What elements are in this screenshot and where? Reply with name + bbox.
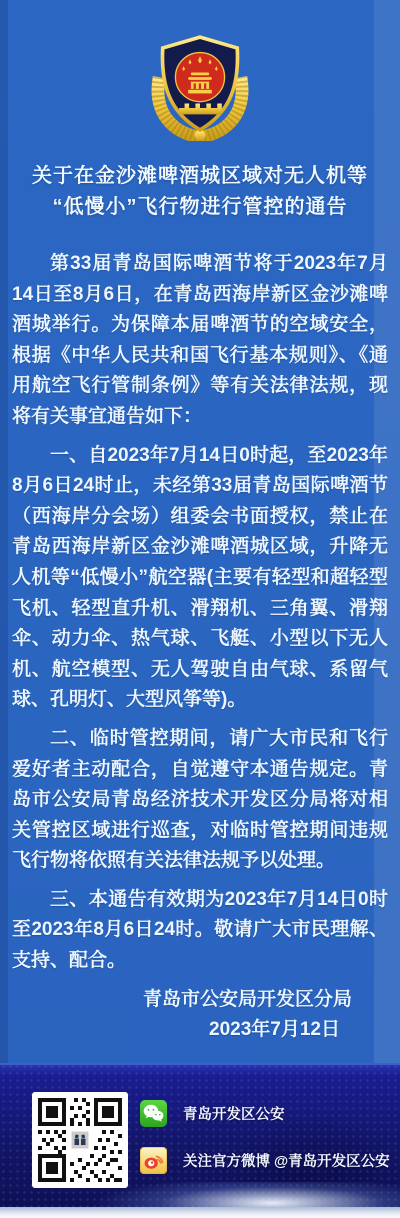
notice-paragraph-intro: 第33届青岛国际啤酒节将于2023年7月14日至8月6日，在青岛西海岸新区金沙滩… <box>12 249 388 433</box>
notice-body: 第33届青岛国际啤酒节将于2023年7月14日至8月6日，在青岛西海岸新区金沙滩… <box>0 223 400 1046</box>
title-line-2: “低慢小”飞行物进行管控的通告 <box>53 196 348 218</box>
issuing-authority: 青岛市公安局开发区分局 <box>12 985 388 1016</box>
qr-code <box>32 1092 128 1188</box>
notice-paragraph-item1: 一、自2023年7月14日0时起，至2023年8月6日24时止，未经第33届青岛… <box>12 441 388 716</box>
weibo-row: 关注官方微博 @青岛开发区公安 <box>140 1147 390 1174</box>
notice-title: 关于在金沙滩啤酒城区域对无人机等 “低慢小”飞行物进行管控的通告 <box>0 161 400 223</box>
weibo-account-label: 关注官方微博 @青岛开发区公安 <box>183 1150 390 1171</box>
notice-page: 关于在金沙滩啤酒城区域对无人机等 “低慢小”飞行物进行管控的通告 第33届青岛国… <box>0 0 400 1218</box>
wechat-account-label: 青岛开发区公安 <box>183 1103 285 1124</box>
signature-block: 青岛市公安局开发区分局 2023年7月12日 <box>12 985 388 1046</box>
weibo-icon <box>140 1147 167 1174</box>
social-links: 青岛开发区公安 关注官方微博 @青岛开发区公安 <box>140 1063 390 1218</box>
notice-header: 关于在金沙滩啤酒城区域对无人机等 “低慢小”飞行物进行管控的通告 <box>0 35 400 223</box>
bottom-light-strip <box>0 1207 400 1218</box>
notice-paragraph-item2: 二、临时管控期间，请广大市民和飞行爱好者主动配合，自觉遵守本通告规定。青岛市公安… <box>12 724 388 877</box>
wechat-row: 青岛开发区公安 <box>140 1100 285 1127</box>
title-line-1: 关于在金沙滩啤酒城区域对无人机等 <box>32 165 368 187</box>
notice-paragraph-item3: 三、本通告有效期为2023年7月14日0时至2023年8月6日24时。敬请广大市… <box>12 885 388 977</box>
footer-banner: 青岛开发区公安 关注官方微博 @青岛开发区公安 <box>0 1063 400 1218</box>
police-badge-icon <box>150 35 250 141</box>
issue-date: 2023年7月12日 <box>12 1015 388 1046</box>
wechat-icon <box>140 1100 167 1127</box>
